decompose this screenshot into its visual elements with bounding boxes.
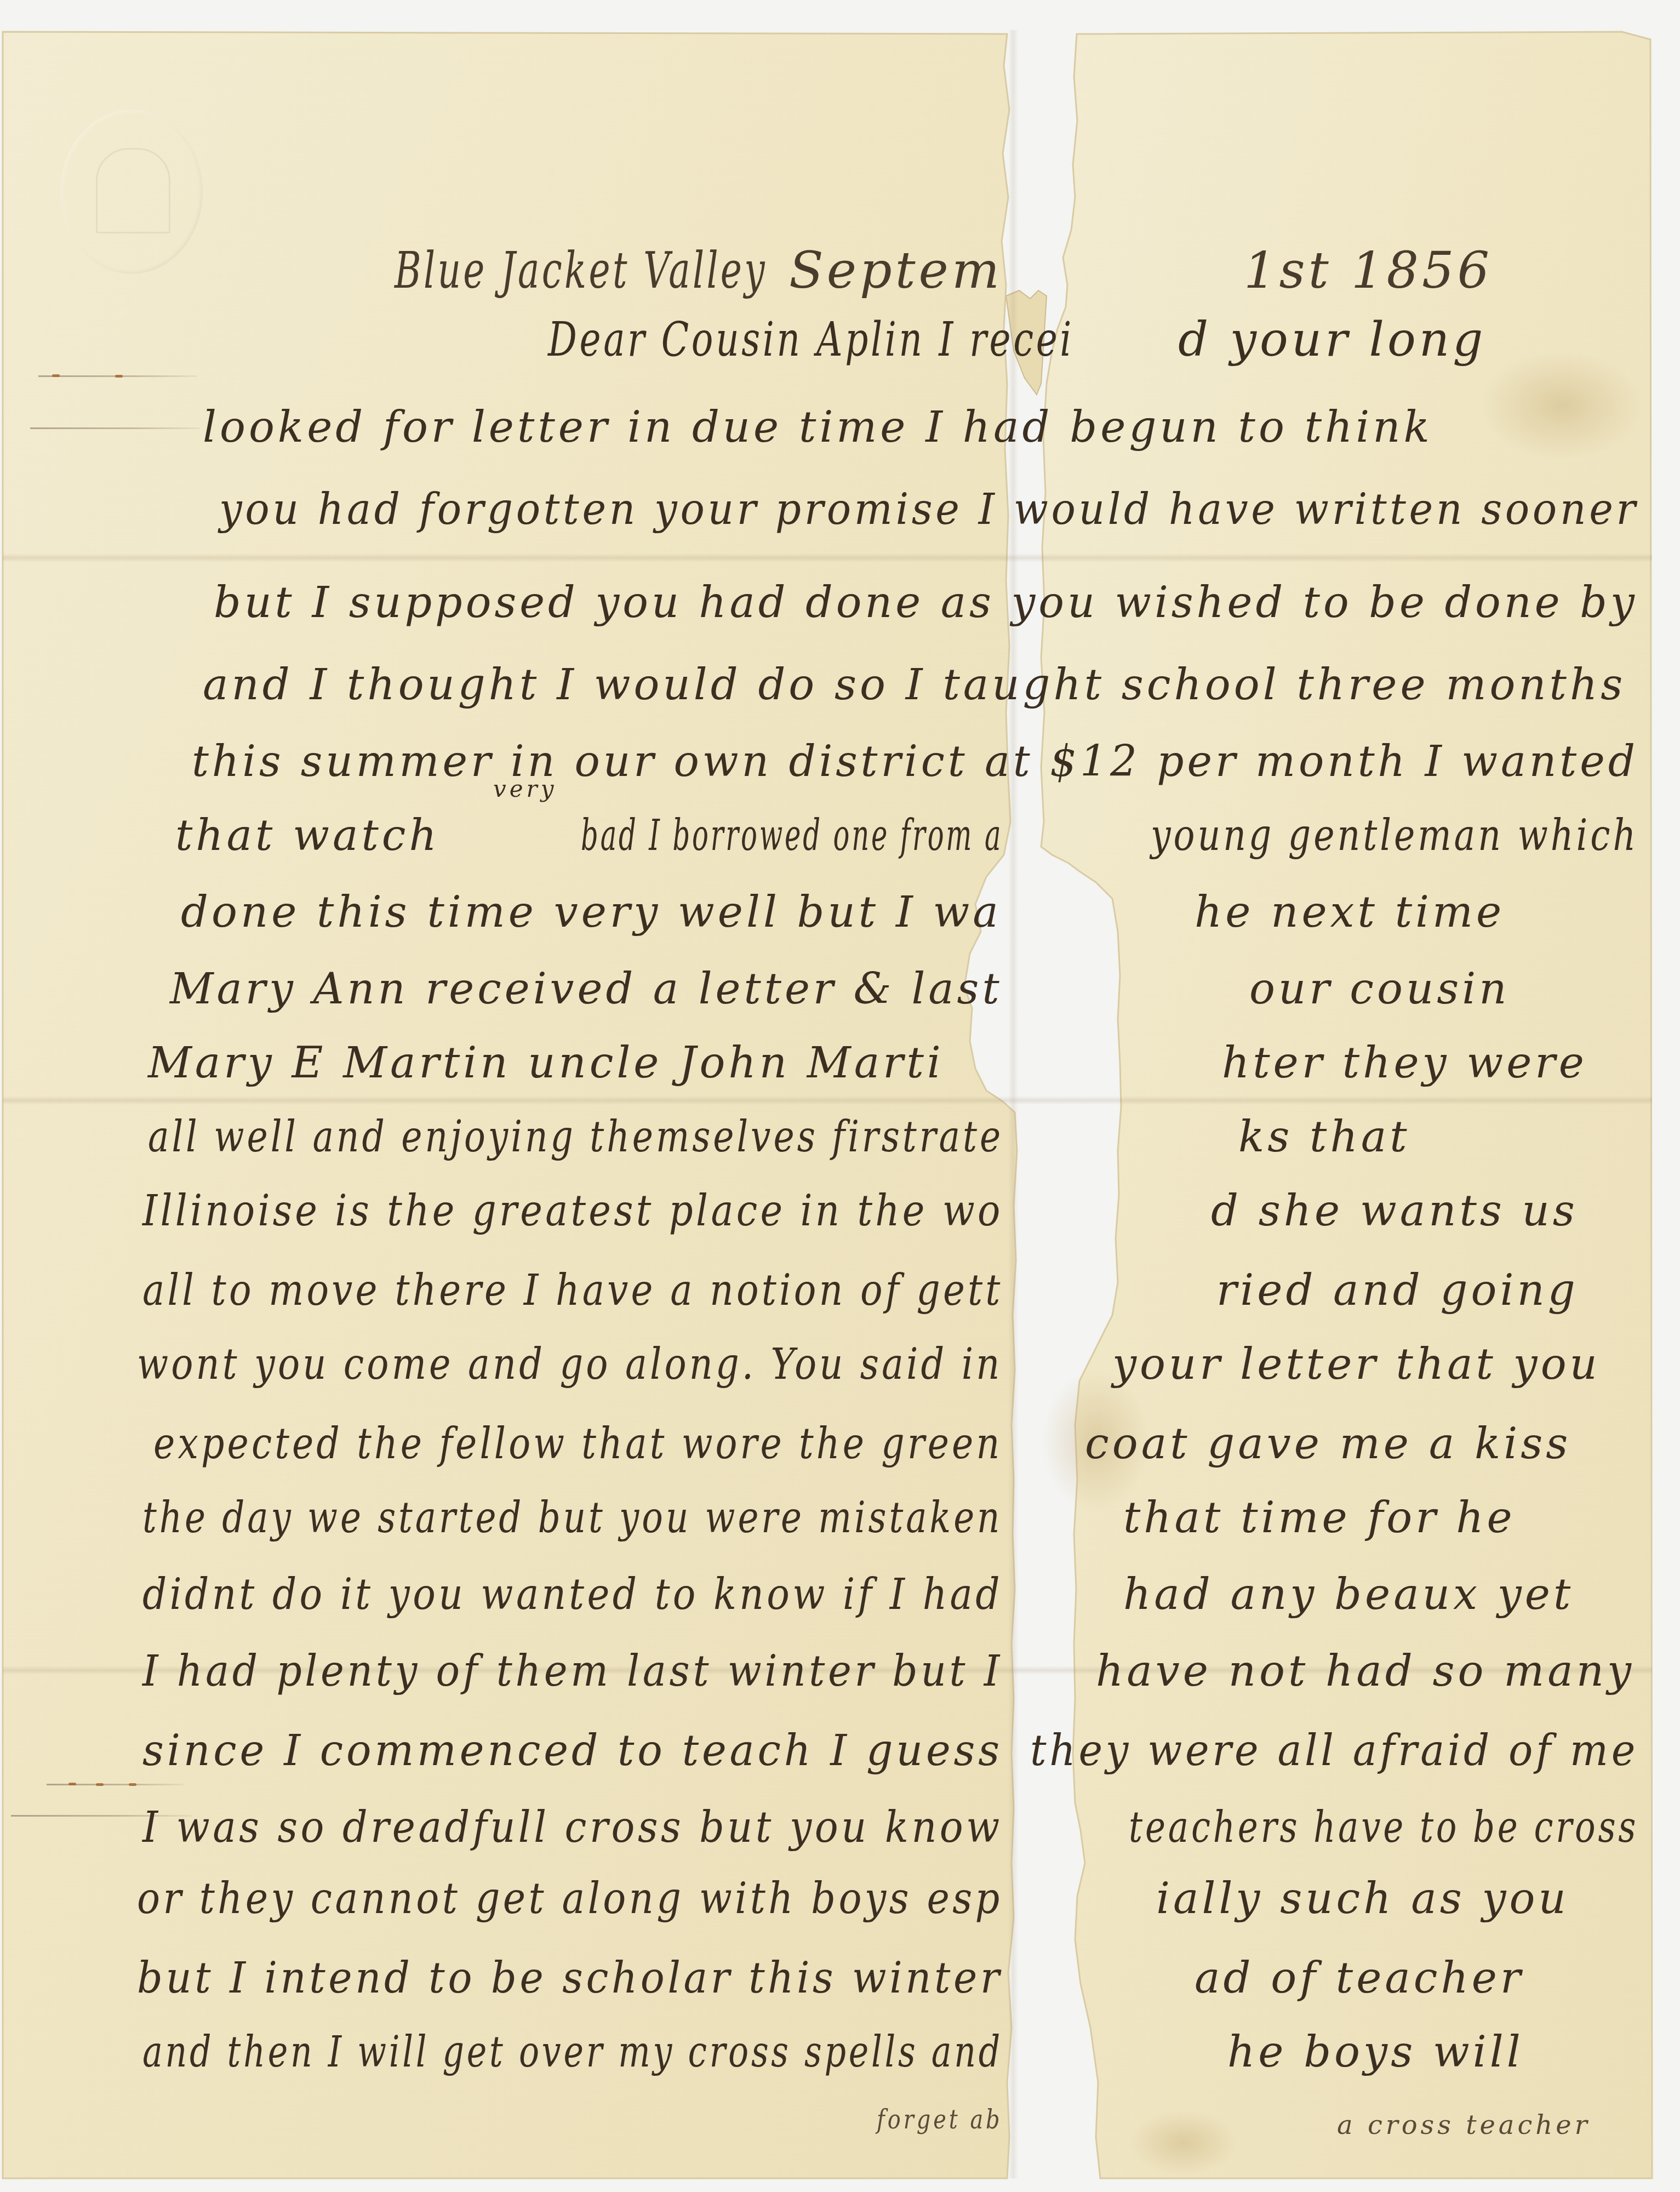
footer-text: a cross teacher (1337, 2110, 1591, 2140)
body-line-5: this summer in our own district at $12 p… (192, 737, 1638, 786)
body-line-14: expected the fellow that wore the green (153, 1419, 1002, 1469)
paper-stain (1479, 351, 1644, 460)
body-line-18: since I commenced to teach I guess (142, 1726, 1003, 1776)
body-text: bad I borrowed one from a (581, 811, 1003, 860)
body-text: I had plenty of them last winter but I (142, 1647, 1003, 1696)
body-line-8: Mary Ann received a letter & last (170, 964, 1003, 1014)
body-text: he boys will (1227, 2028, 1524, 2077)
body-line-1: looked for letter in due time I had begu… (203, 403, 1433, 452)
body-text: Illinoise is the greatest place in the w… (142, 1186, 1003, 1236)
body-text: didnt do it you wanted to know if I had (142, 1570, 1003, 1619)
body-text: your letter that you (1112, 1340, 1601, 1389)
paper-stain (1129, 2110, 1238, 2176)
body-text: coat gave me a kiss (1085, 1419, 1571, 1469)
body-text: ad of teacher (1195, 1954, 1524, 2003)
body-line-13: wont you come and go along. You said in (137, 1340, 1002, 1389)
body-text: since I commenced to teach I guess (142, 1726, 1003, 1776)
body-text: hter they were (1222, 1038, 1587, 1088)
body-text: teachers have to be cross (1129, 1803, 1638, 1852)
body-line-12-right: ried and going (1216, 1266, 1579, 1315)
body-line-9-right: hter they were (1222, 1038, 1587, 1088)
salutation-right: d your long (1178, 312, 1486, 367)
body-text: he next time (1195, 888, 1505, 937)
body-line-19: I was so dreadfull cross but you know (142, 1803, 1003, 1852)
place-text: Blue Jacket Valley (395, 241, 767, 300)
rust-spot (68, 1783, 76, 1785)
body-line-14-right: coat gave me a kiss (1085, 1419, 1571, 1469)
body-text: but I supposed you had done as you wishe… (214, 578, 1638, 627)
rust-spot (129, 1783, 136, 1786)
body-text: our cousin (1249, 964, 1510, 1014)
body-line-21-right: ad of teacher (1195, 1954, 1524, 2003)
embossed-seal (60, 110, 203, 274)
margin-rule (47, 1784, 184, 1785)
body-line-2: you had forgotten your promise I would h… (219, 485, 1638, 534)
fold-crease (3, 1096, 1652, 1105)
body-line-16: didnt do it you wanted to know if I had (142, 1570, 1003, 1619)
body-text: Mary Ann received a letter & last (170, 964, 1003, 1014)
body-text: d she wants us (1211, 1186, 1578, 1236)
body-line-15: the day we started but you were mistaken (142, 1493, 1002, 1543)
body-line-4: and I thought I would do so I taught sch… (203, 660, 1626, 710)
body-line-6: that watch (175, 811, 440, 860)
body-text: had any beaux yet (1123, 1570, 1574, 1619)
body-line-20-right: ially such as you (1156, 1874, 1569, 1923)
body-text: you had forgotten your promise I would h… (219, 485, 1638, 534)
body-text: or they cannot get along with boys esp (137, 1874, 1003, 1923)
date-day-year-text: 1st 1856 (1244, 241, 1493, 300)
body-text: wont you come and go along. You said in (137, 1340, 1002, 1389)
date-month-text: Septem (789, 241, 1003, 300)
body-text: they were all afraid of me (1030, 1726, 1638, 1776)
body-line-19-right: teachers have to be cross (1129, 1803, 1638, 1852)
body-text: ried and going (1216, 1266, 1579, 1315)
body-text: that watch (175, 811, 440, 860)
body-text: and I thought I would do so I taught sch… (203, 660, 1626, 710)
margin-rule (30, 427, 200, 429)
body-line-20: or they cannot get along with boys esp (137, 1874, 1003, 1923)
body-text: expected the fellow that wore the green (153, 1419, 1002, 1469)
body-line-11: Illinoise is the greatest place in the w… (142, 1186, 1003, 1236)
body-line-21: but I intend to be scholar this winter (137, 1954, 1003, 2003)
body-text: ially such as you (1156, 1874, 1569, 1923)
body-line-15-right: that time for he (1123, 1493, 1516, 1543)
salutation: Dear Cousin Aplin I recei (548, 312, 1074, 367)
body-text: I was so dreadfull cross but you know (142, 1803, 1003, 1852)
body-text: this summer in our own district at $12 p… (192, 737, 1638, 786)
body-text: but I intend to be scholar this winter (137, 1954, 1003, 2003)
body-line-9: Mary E Martin uncle John Marti (148, 1038, 944, 1088)
salutation-left: Dear Cousin Aplin I recei (548, 312, 1074, 367)
letter-header-date: Septem (789, 241, 1003, 300)
embossed-building-icon (96, 148, 170, 233)
body-line-18-right: they were all afraid of me (1030, 1726, 1638, 1776)
body-line-22: and then I will get over my cross spells… (142, 2028, 1003, 2077)
rust-spot (52, 374, 60, 377)
body-text: all well and enjoying themselves firstra… (148, 1112, 1003, 1162)
body-text: have not had so many (1096, 1647, 1635, 1696)
footer-note-left: forget ab (877, 2104, 1003, 2135)
rust-spot (96, 1783, 104, 1786)
body-line-6-right: young gentleman which (1151, 811, 1638, 860)
body-line-6-mid: bad I borrowed one from a (581, 811, 1003, 860)
body-line-17-right: have not had so many (1096, 1647, 1635, 1696)
footer-text: forget ab (877, 2104, 1003, 2135)
scanned-letter: Blue Jacket Valley Septem 1st 1856 Dear … (0, 0, 1680, 2192)
body-text: and then I will get over my cross spells… (142, 2028, 1003, 2077)
body-line-22-right: he boys will (1227, 2028, 1524, 2077)
footer-note-right: a cross teacher (1337, 2110, 1591, 2140)
letter-header-date-right: 1st 1856 (1244, 241, 1493, 300)
inserted-word: very (493, 775, 557, 802)
body-text: all to move there I have a notion of get… (142, 1266, 1003, 1315)
body-line-8-right: our cousin (1249, 964, 1510, 1014)
body-line-17: I had plenty of them last winter but I (142, 1647, 1003, 1696)
body-line-11-right: d she wants us (1211, 1186, 1578, 1236)
body-text: the day we started but you were mistaken (142, 1493, 1002, 1543)
body-text: done this time very well but I wa (181, 888, 1002, 937)
body-text: that time for he (1123, 1493, 1516, 1543)
body-text: young gentleman which (1151, 811, 1638, 860)
body-line-7-right: he next time (1195, 888, 1505, 937)
body-text: Mary E Martin uncle John Marti (148, 1038, 944, 1088)
fold-crease (3, 553, 1652, 562)
body-line-3: but I supposed you had done as you wishe… (214, 578, 1638, 627)
body-line-7: done this time very well but I wa (181, 888, 1002, 937)
insert-text: very (493, 775, 557, 802)
body-line-10-right: ks that (1238, 1112, 1410, 1162)
rust-spot (115, 375, 123, 378)
body-line-10: all well and enjoying themselves firstra… (148, 1112, 1003, 1162)
body-line-13-right: your letter that you (1112, 1340, 1601, 1389)
body-text: ks that (1238, 1112, 1410, 1162)
body-text: looked for letter in due time I had begu… (203, 403, 1433, 452)
letter-header-place: Blue Jacket Valley (395, 241, 767, 300)
body-line-12: all to move there I have a notion of get… (142, 1266, 1003, 1315)
body-line-16-right: had any beaux yet (1123, 1570, 1574, 1619)
salutation-right-text: d your long (1178, 312, 1486, 367)
